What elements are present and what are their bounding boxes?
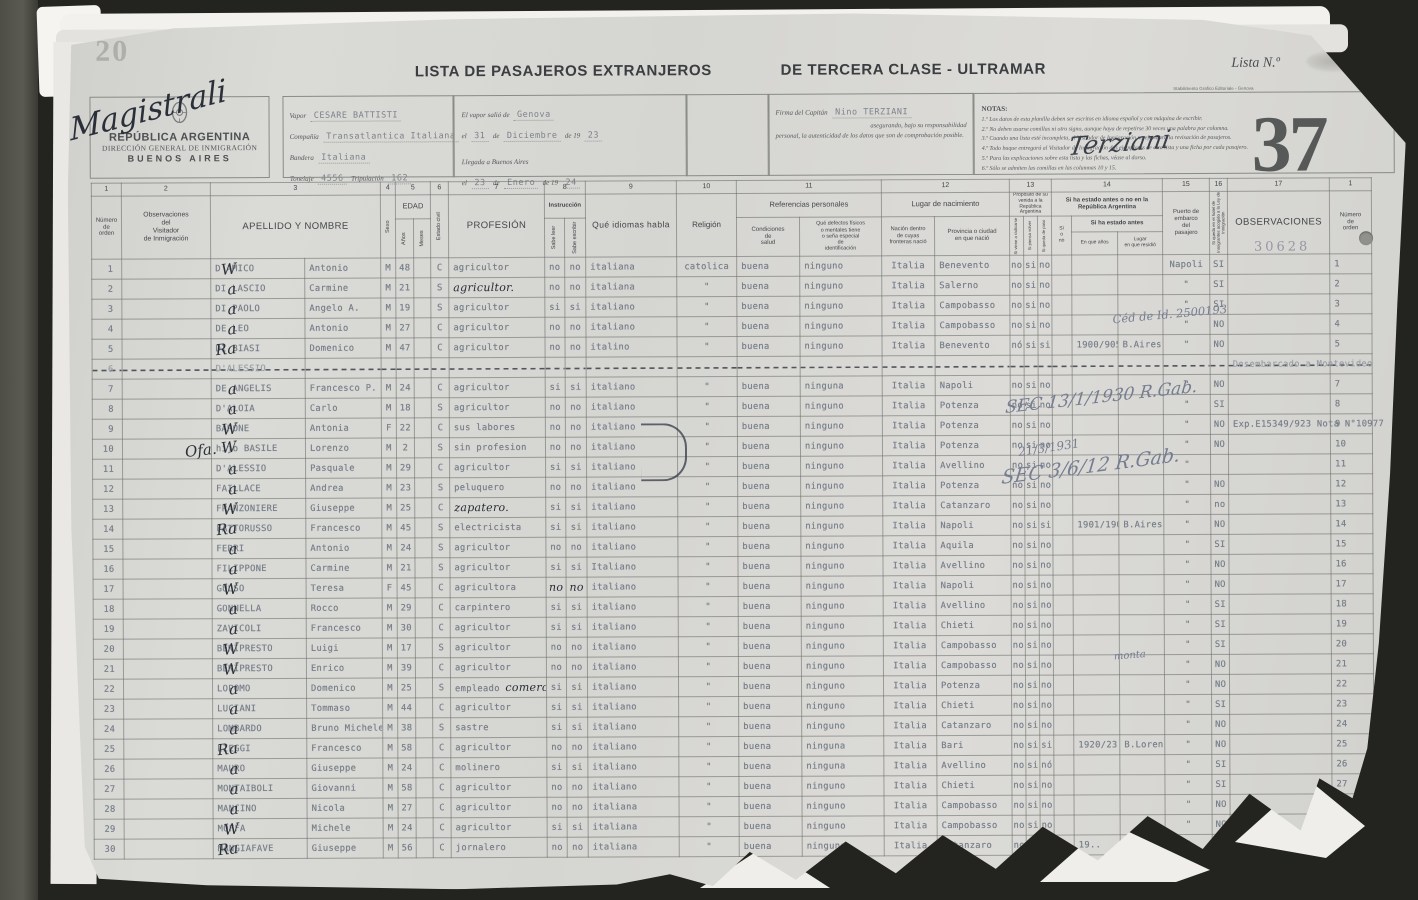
cell-profession: agricultor xyxy=(449,317,545,337)
cell-order-number: 30 xyxy=(94,839,124,859)
cell-age-years: 29 xyxy=(397,458,415,478)
cell-health: buena xyxy=(737,416,800,436)
cell-given-name: Luigi xyxy=(306,638,382,658)
cell-hotel: NO xyxy=(1211,474,1229,494)
cell-civil-status: C xyxy=(431,378,449,398)
cell-been-before xyxy=(1053,615,1073,635)
cell-civil-status: C xyxy=(431,338,449,358)
cell-purpose-2: si xyxy=(1025,495,1039,515)
cell-visitor-mark: a xyxy=(123,479,212,499)
cell-language: italino xyxy=(586,337,677,357)
cell-age-months xyxy=(414,338,431,358)
cell-reads: si xyxy=(546,517,566,537)
cell-been-before xyxy=(1052,275,1072,295)
cell-age-years: 25 xyxy=(397,678,415,698)
cell-surname: DE ANGELIS xyxy=(211,378,305,398)
cell-purpose-1: no xyxy=(1010,295,1024,315)
cell-been-before xyxy=(1052,295,1072,315)
header-nacion: Nación dentro de cuyas fronteras nació xyxy=(881,217,934,256)
cell-age-years: 45 xyxy=(397,578,415,598)
cell-reads: si xyxy=(546,557,566,577)
cell-place-resided xyxy=(1118,275,1163,295)
cell-observations xyxy=(1230,754,1332,774)
cell-visitor-mark: a xyxy=(122,279,211,299)
cell-hotel: NO xyxy=(1211,654,1229,674)
cell-writes: no xyxy=(566,657,587,677)
cell-order-number: 13 xyxy=(93,499,123,519)
cell-embark-port: " xyxy=(1164,514,1211,534)
header-lugar-nacimiento: Lugar de nacimiento xyxy=(881,192,1009,217)
cell-profession: agricultor xyxy=(449,377,545,397)
cell-profession: agricultor xyxy=(451,797,547,817)
cell-order-number-right: 1 xyxy=(1330,254,1372,274)
cell-years-before xyxy=(1073,555,1119,575)
cell-writes: si xyxy=(566,517,587,537)
cell-defects: ninguno xyxy=(801,456,883,476)
cell-defects: ninguno xyxy=(801,516,883,536)
cell-observations: Desembarcado a Montevideo xyxy=(1228,354,1330,374)
cell-province: Potenza xyxy=(936,675,1011,695)
cell-been-before xyxy=(1054,755,1074,775)
profession-typed: agricultor xyxy=(454,462,510,472)
cell-embark-port: " xyxy=(1165,814,1212,834)
cell-purpose-2: si xyxy=(1026,755,1040,775)
cell-nation: Italia xyxy=(882,376,935,396)
cell-years-before xyxy=(1073,535,1119,555)
cell-age-years: 18 xyxy=(396,398,414,418)
cell-purpose-3: no xyxy=(1038,255,1052,275)
cell-civil-status: C xyxy=(433,798,451,818)
cell-observations xyxy=(1228,294,1330,314)
col-number: 4 xyxy=(380,182,395,195)
cell-purpose-2: si xyxy=(1024,315,1038,335)
cell-years-before xyxy=(1074,755,1120,775)
cell-age-years: 22 xyxy=(396,418,414,438)
cell-age-years: 47 xyxy=(396,338,414,358)
cell-civil-status: C xyxy=(432,498,450,518)
cell-order-number: 19 xyxy=(93,619,123,639)
cell-visitor-mark: a xyxy=(123,679,212,699)
cell-hotel: SI xyxy=(1211,534,1229,554)
cell-civil-status: C xyxy=(433,738,451,758)
cell-age-years: 39 xyxy=(397,658,415,678)
cell-nation: Italia xyxy=(884,716,937,736)
cell-purpose-3: no xyxy=(1039,555,1053,575)
handwritten-mark: W xyxy=(221,579,238,599)
handwritten-mark: W xyxy=(222,659,239,679)
header-proposito: Propósito de su venida a la República Ar… xyxy=(1009,192,1051,216)
cell-years-before xyxy=(1074,775,1120,795)
cell-purpose-3: no xyxy=(1040,695,1054,715)
cell-health: buena xyxy=(737,296,800,316)
cell-years-before xyxy=(1073,655,1119,675)
cell-age-months xyxy=(416,818,433,838)
cell-civil-status: C xyxy=(432,578,450,598)
cell-embark-port: " xyxy=(1165,754,1212,774)
cell-order-number: 4 xyxy=(92,319,122,339)
cell-observations xyxy=(1229,514,1331,534)
cell-purpose-1: no xyxy=(1012,775,1026,795)
cell-purpose-3: no xyxy=(1038,315,1052,335)
llegada-label: Llegada a Buenos Aires xyxy=(462,158,529,166)
cell-language: italiana xyxy=(586,277,677,297)
cell-province: Chieti xyxy=(936,615,1011,635)
cell-nation: Italia xyxy=(883,476,936,496)
cell-defects: ninguno xyxy=(800,436,882,456)
cell-nation: Italia xyxy=(882,316,935,336)
cell-embark-port: " xyxy=(1164,614,1211,634)
cell-visitor-mark: a xyxy=(124,759,213,779)
cell-language: italiano xyxy=(587,597,678,617)
cell-visitor-mark: W xyxy=(123,659,212,679)
cell-language: italiano xyxy=(587,657,678,677)
cell-years-before xyxy=(1072,415,1118,435)
cell-nation: Italia xyxy=(883,496,936,516)
cell-language: italiana xyxy=(588,817,679,837)
cell-visitor-mark: a xyxy=(122,379,211,399)
cell-health: buena xyxy=(738,476,801,496)
cell-health: buena xyxy=(737,256,800,276)
cell-visitor-mark: Ofa. W xyxy=(122,439,211,459)
cell-purpose-2: si xyxy=(1024,275,1038,295)
cell-embark-port: " xyxy=(1165,794,1212,814)
cell-health: buena xyxy=(739,796,802,816)
cell-place-resided xyxy=(1120,815,1165,835)
cell-given-name: Pasquale xyxy=(306,458,382,478)
cell-defects: ninguno xyxy=(801,576,883,596)
cell-sex: M xyxy=(382,618,397,638)
profession-typed: empleado xyxy=(455,684,500,694)
cell-writes: no xyxy=(565,257,586,277)
cell-purpose-2: si xyxy=(1025,615,1039,635)
cell-purpose-2: si xyxy=(1026,715,1040,735)
cell-place-resided xyxy=(1118,355,1163,375)
col-number: 2 xyxy=(121,183,210,196)
cell-reads: si xyxy=(546,677,566,697)
cell-order-number: 16 xyxy=(93,559,123,579)
table-header: 1 2 3 4 5 6 7 8 9 10 11 12 13 14 15 16 1 xyxy=(91,178,1371,260)
cell-writes: no xyxy=(565,397,586,417)
cell-order-number-right: 20 xyxy=(1331,634,1373,654)
cell-nation: Italia xyxy=(884,796,937,816)
ship-info-box: Vapor CESARE BATTISTI Compañía Transatla… xyxy=(283,96,453,177)
cell-purpose-1: no xyxy=(1011,515,1025,535)
handwritten-mark: Ra xyxy=(217,739,239,759)
cell-place-resided: B.Aires xyxy=(1118,335,1163,355)
header-numero-orden: Número de orden xyxy=(91,196,121,259)
cell-reads: no xyxy=(547,737,567,757)
cell-purpose-2: si xyxy=(1024,375,1038,395)
profession-typed: peluquero xyxy=(454,482,504,492)
cell-order-number-right: 25 xyxy=(1332,734,1374,754)
cell-reads: no xyxy=(546,657,566,677)
cell-age-months xyxy=(415,558,432,578)
cell-age-years: 45 xyxy=(397,518,415,538)
cell-hotel: NO xyxy=(1210,314,1228,334)
cell-place-resided xyxy=(1119,475,1164,495)
cell-reads: si xyxy=(546,457,566,477)
cell-place-resided xyxy=(1120,775,1165,795)
cell-order-number-right: 15 xyxy=(1331,534,1373,554)
cell-order-number: 14 xyxy=(93,519,123,539)
cell-reads: si xyxy=(546,617,566,637)
cell-reads: no xyxy=(546,477,566,497)
cell-hotel xyxy=(1212,834,1230,854)
cell-order-number-right: 14 xyxy=(1331,514,1373,534)
cell-age-months xyxy=(414,358,431,378)
profession-handwritten: agricultor. xyxy=(453,281,514,294)
cell-purpose-2: si xyxy=(1026,775,1040,795)
cell-age-months xyxy=(415,658,432,678)
cell-profession: agricultor xyxy=(449,297,545,317)
cell-purpose-3 xyxy=(1038,355,1052,375)
cell-age-months xyxy=(416,798,433,818)
cell-sex: M xyxy=(383,778,398,798)
header-defectos: Qué defectos físicos o mentales tiene o … xyxy=(799,217,881,256)
cell-religion: " xyxy=(679,816,739,836)
cell-sex: M xyxy=(383,798,398,818)
header-en-que-anos: En que años xyxy=(1072,232,1118,255)
cell-religion: " xyxy=(679,716,739,736)
cell-observations xyxy=(1229,534,1331,554)
profession-typed: sastre xyxy=(455,723,489,733)
cell-province: Campobasso xyxy=(935,315,1010,335)
cell-order-number: 27 xyxy=(94,779,124,799)
cell-been-before xyxy=(1053,595,1073,615)
cell-given-name: Francesco xyxy=(306,618,382,638)
header-edad: EDAD xyxy=(395,195,430,219)
stamp-city: BUENOS AIRES xyxy=(91,153,269,164)
cell-religion: " xyxy=(677,376,737,396)
cell-province: Potenza xyxy=(936,475,1011,495)
de19-label: de 19 xyxy=(565,132,580,140)
cell-writes: si xyxy=(567,817,588,837)
cell-years-before xyxy=(1072,275,1118,295)
cell-order-number: 7 xyxy=(92,379,122,399)
cell-order-number-right: 16 xyxy=(1331,554,1373,574)
lista-number-stamp-smudge xyxy=(1306,51,1360,71)
cell-defects: ninguna xyxy=(800,376,882,396)
cell-place-resided xyxy=(1118,415,1163,435)
cell-visitor-mark: a xyxy=(122,399,211,419)
departure-day: 31 xyxy=(471,131,488,142)
cell-writes: si xyxy=(566,457,587,477)
cell-purpose-3: no xyxy=(1039,635,1053,655)
cell-civil-status: S xyxy=(432,558,450,578)
cell-religion: " xyxy=(678,576,738,596)
cell-purpose-3: no xyxy=(1040,775,1054,795)
cell-profession: agricultor xyxy=(449,337,545,357)
profession-handwritten-extra: comerció xyxy=(505,681,546,694)
cell-visitor-mark: Ra xyxy=(124,739,213,759)
cell-purpose-3: si xyxy=(1040,835,1054,855)
cell-province: Salerno xyxy=(935,275,1010,295)
cell-purpose-1: no xyxy=(1011,575,1025,595)
cell-sex: M xyxy=(383,698,398,718)
cell-language: italiano xyxy=(588,777,679,797)
cell-hotel: SI xyxy=(1210,254,1228,274)
cell-observations xyxy=(1228,314,1330,334)
cell-hotel: SI xyxy=(1210,394,1228,414)
cell-order-number: 3 xyxy=(92,299,122,319)
cell-profession: empleado comerció xyxy=(450,677,546,697)
cell-civil-status: C xyxy=(433,758,451,778)
cell-surname: FILIPPONE xyxy=(212,558,306,578)
col-number: 3 xyxy=(210,182,380,196)
cell-order-number: 24 xyxy=(94,719,124,739)
cell-visitor-mark: a xyxy=(122,319,211,339)
cell-nation: Italia xyxy=(882,276,935,296)
cell-language: italiano xyxy=(586,317,677,337)
cell-observations xyxy=(1229,554,1331,574)
cell-order-number-right: 2 xyxy=(1330,274,1372,294)
cell-been-before xyxy=(1054,715,1074,735)
cell-profession: zapatero. xyxy=(450,497,546,517)
cell-hotel: no xyxy=(1211,494,1229,514)
cell-defects: ninguno xyxy=(801,476,883,496)
cell-sex: M xyxy=(382,498,397,518)
cell-visitor-mark: a xyxy=(124,799,213,819)
cell-sex: M xyxy=(382,638,397,658)
cell-purpose-1 xyxy=(1010,355,1024,375)
cell-visitor-mark: a xyxy=(122,299,211,319)
handwritten-mark: Ra xyxy=(215,339,237,359)
cell-religion xyxy=(677,356,737,376)
cell-embark-port: " xyxy=(1164,574,1211,594)
cell-religion: " xyxy=(678,636,738,656)
cell-hotel: NO xyxy=(1210,374,1228,394)
cell-purpose-2: si xyxy=(1025,555,1039,575)
cell-defects: ninguno xyxy=(801,536,883,556)
cell-writes: si xyxy=(566,557,587,577)
cell-sex: M xyxy=(382,598,397,618)
cell-purpose-3: si xyxy=(1038,335,1052,355)
cell-sex: M xyxy=(381,258,396,278)
cell-reads: no xyxy=(545,257,565,277)
cell-defects: ninguno xyxy=(800,396,882,416)
cell-purpose-2: si xyxy=(1025,515,1039,535)
notas-box: NOTAS: 1.º Los datos de esta planilla de… xyxy=(973,92,1393,174)
cell-purpose-1: no xyxy=(1011,495,1025,515)
cell-order-number: 29 xyxy=(94,819,124,839)
cell-purpose-1: no xyxy=(1010,375,1024,395)
cell-order-number: 1 xyxy=(92,259,122,279)
cell-surname: MAURO xyxy=(213,758,307,778)
cell-order-number-right: 23 xyxy=(1332,694,1374,714)
cell-order-number: 2 xyxy=(92,279,122,299)
cell-age-months xyxy=(415,478,432,498)
cell-province: Bari xyxy=(937,735,1012,755)
cell-purpose-2: si xyxy=(1024,415,1038,435)
cell-hotel: NO xyxy=(1212,734,1230,754)
cell-order-number-right: 3 xyxy=(1330,294,1372,314)
cell-visitor-mark: a xyxy=(124,719,213,739)
header-referencias: Referencias personales xyxy=(736,193,881,218)
cell-profession: sus labores xyxy=(449,417,545,437)
cell-profession: agricultor xyxy=(450,557,546,577)
instruction-handwritten: no xyxy=(549,581,563,594)
handwritten-mark: a xyxy=(229,779,240,798)
cell-nation: Italia xyxy=(883,636,936,656)
cell-province: Catanzaro xyxy=(936,495,1011,515)
cell-civil-status: S xyxy=(432,678,450,698)
cell-profession: carpintero xyxy=(450,597,546,617)
cell-province: Avellino xyxy=(936,555,1011,575)
cell-purpose-2: si xyxy=(1025,595,1039,615)
cell-civil-status: C xyxy=(431,258,449,278)
cell-given-name: Lorenzo xyxy=(305,438,381,458)
cell-given-name: Angelo A. xyxy=(305,298,381,318)
cell-profession: jornalero xyxy=(451,837,547,857)
cell-age-years: 21 xyxy=(396,278,414,298)
cell-civil-status: C xyxy=(433,698,451,718)
profession-typed: agricultor xyxy=(455,742,511,752)
cell-age-months xyxy=(415,538,432,558)
col-number: 15 xyxy=(1162,178,1209,191)
cell-age-months xyxy=(415,678,432,698)
cell-purpose-1: no xyxy=(1010,275,1024,295)
cell-embark-port: " xyxy=(1164,494,1211,514)
cell-defects: ninguno xyxy=(801,556,883,576)
cell-been-before xyxy=(1052,255,1072,275)
cell-visitor-mark: a xyxy=(123,559,212,579)
cell-order-number: 26 xyxy=(94,759,124,779)
cell-province: Catanzaro xyxy=(937,835,1012,855)
cell-observations xyxy=(1230,734,1332,754)
cell-order-number: 28 xyxy=(94,799,124,819)
cell-place-resided xyxy=(1119,495,1164,515)
cell-purpose-2: si xyxy=(1024,295,1038,315)
cell-surname: DE LEO xyxy=(211,318,305,338)
cell-visitor-mark: a xyxy=(123,539,212,559)
cell-been-before xyxy=(1053,555,1073,575)
empty-box xyxy=(686,95,768,175)
cell-province: Avellino xyxy=(936,455,1011,475)
col-number: 10 xyxy=(676,180,736,193)
cell-purpose-3: no xyxy=(1038,295,1052,315)
cell-purpose-2: si xyxy=(1025,575,1039,595)
cell-been-before xyxy=(1053,535,1073,555)
cell-sex: M xyxy=(381,438,396,458)
cell-purpose-1: no xyxy=(1010,315,1024,335)
cell-civil-status: S xyxy=(431,278,449,298)
cell-writes: no xyxy=(565,337,586,357)
cell-purpose-1: no xyxy=(1012,815,1026,835)
cell-writes: si xyxy=(566,497,587,517)
cell-years-before xyxy=(1072,255,1118,275)
cell-sex: M xyxy=(382,658,397,678)
cell-purpose-1: no xyxy=(1010,415,1024,435)
cell-been-before xyxy=(1054,775,1074,795)
cell-religion: " xyxy=(679,756,739,776)
lista-number-label: Lista N.º xyxy=(1231,56,1280,72)
cell-given-name: Carlo xyxy=(305,398,381,418)
cell-order-number-right: 5 xyxy=(1330,334,1372,354)
cell-province: Campobasso xyxy=(935,295,1010,315)
cell-place-resided xyxy=(1120,795,1165,815)
profession-typed: agricultor xyxy=(456,822,512,832)
cell-writes: si xyxy=(566,617,587,637)
cell-writes: no xyxy=(567,777,588,797)
cell-health: buena xyxy=(737,376,800,396)
cell-age-years: 29 xyxy=(397,598,415,618)
cell-language: italiano xyxy=(586,397,677,417)
cell-profession: peluquero xyxy=(450,477,546,497)
cell-embark-port: " xyxy=(1164,554,1211,574)
cell-nation xyxy=(882,356,935,376)
cell-been-before xyxy=(1053,575,1073,595)
cell-visitor-mark: W xyxy=(122,419,211,439)
